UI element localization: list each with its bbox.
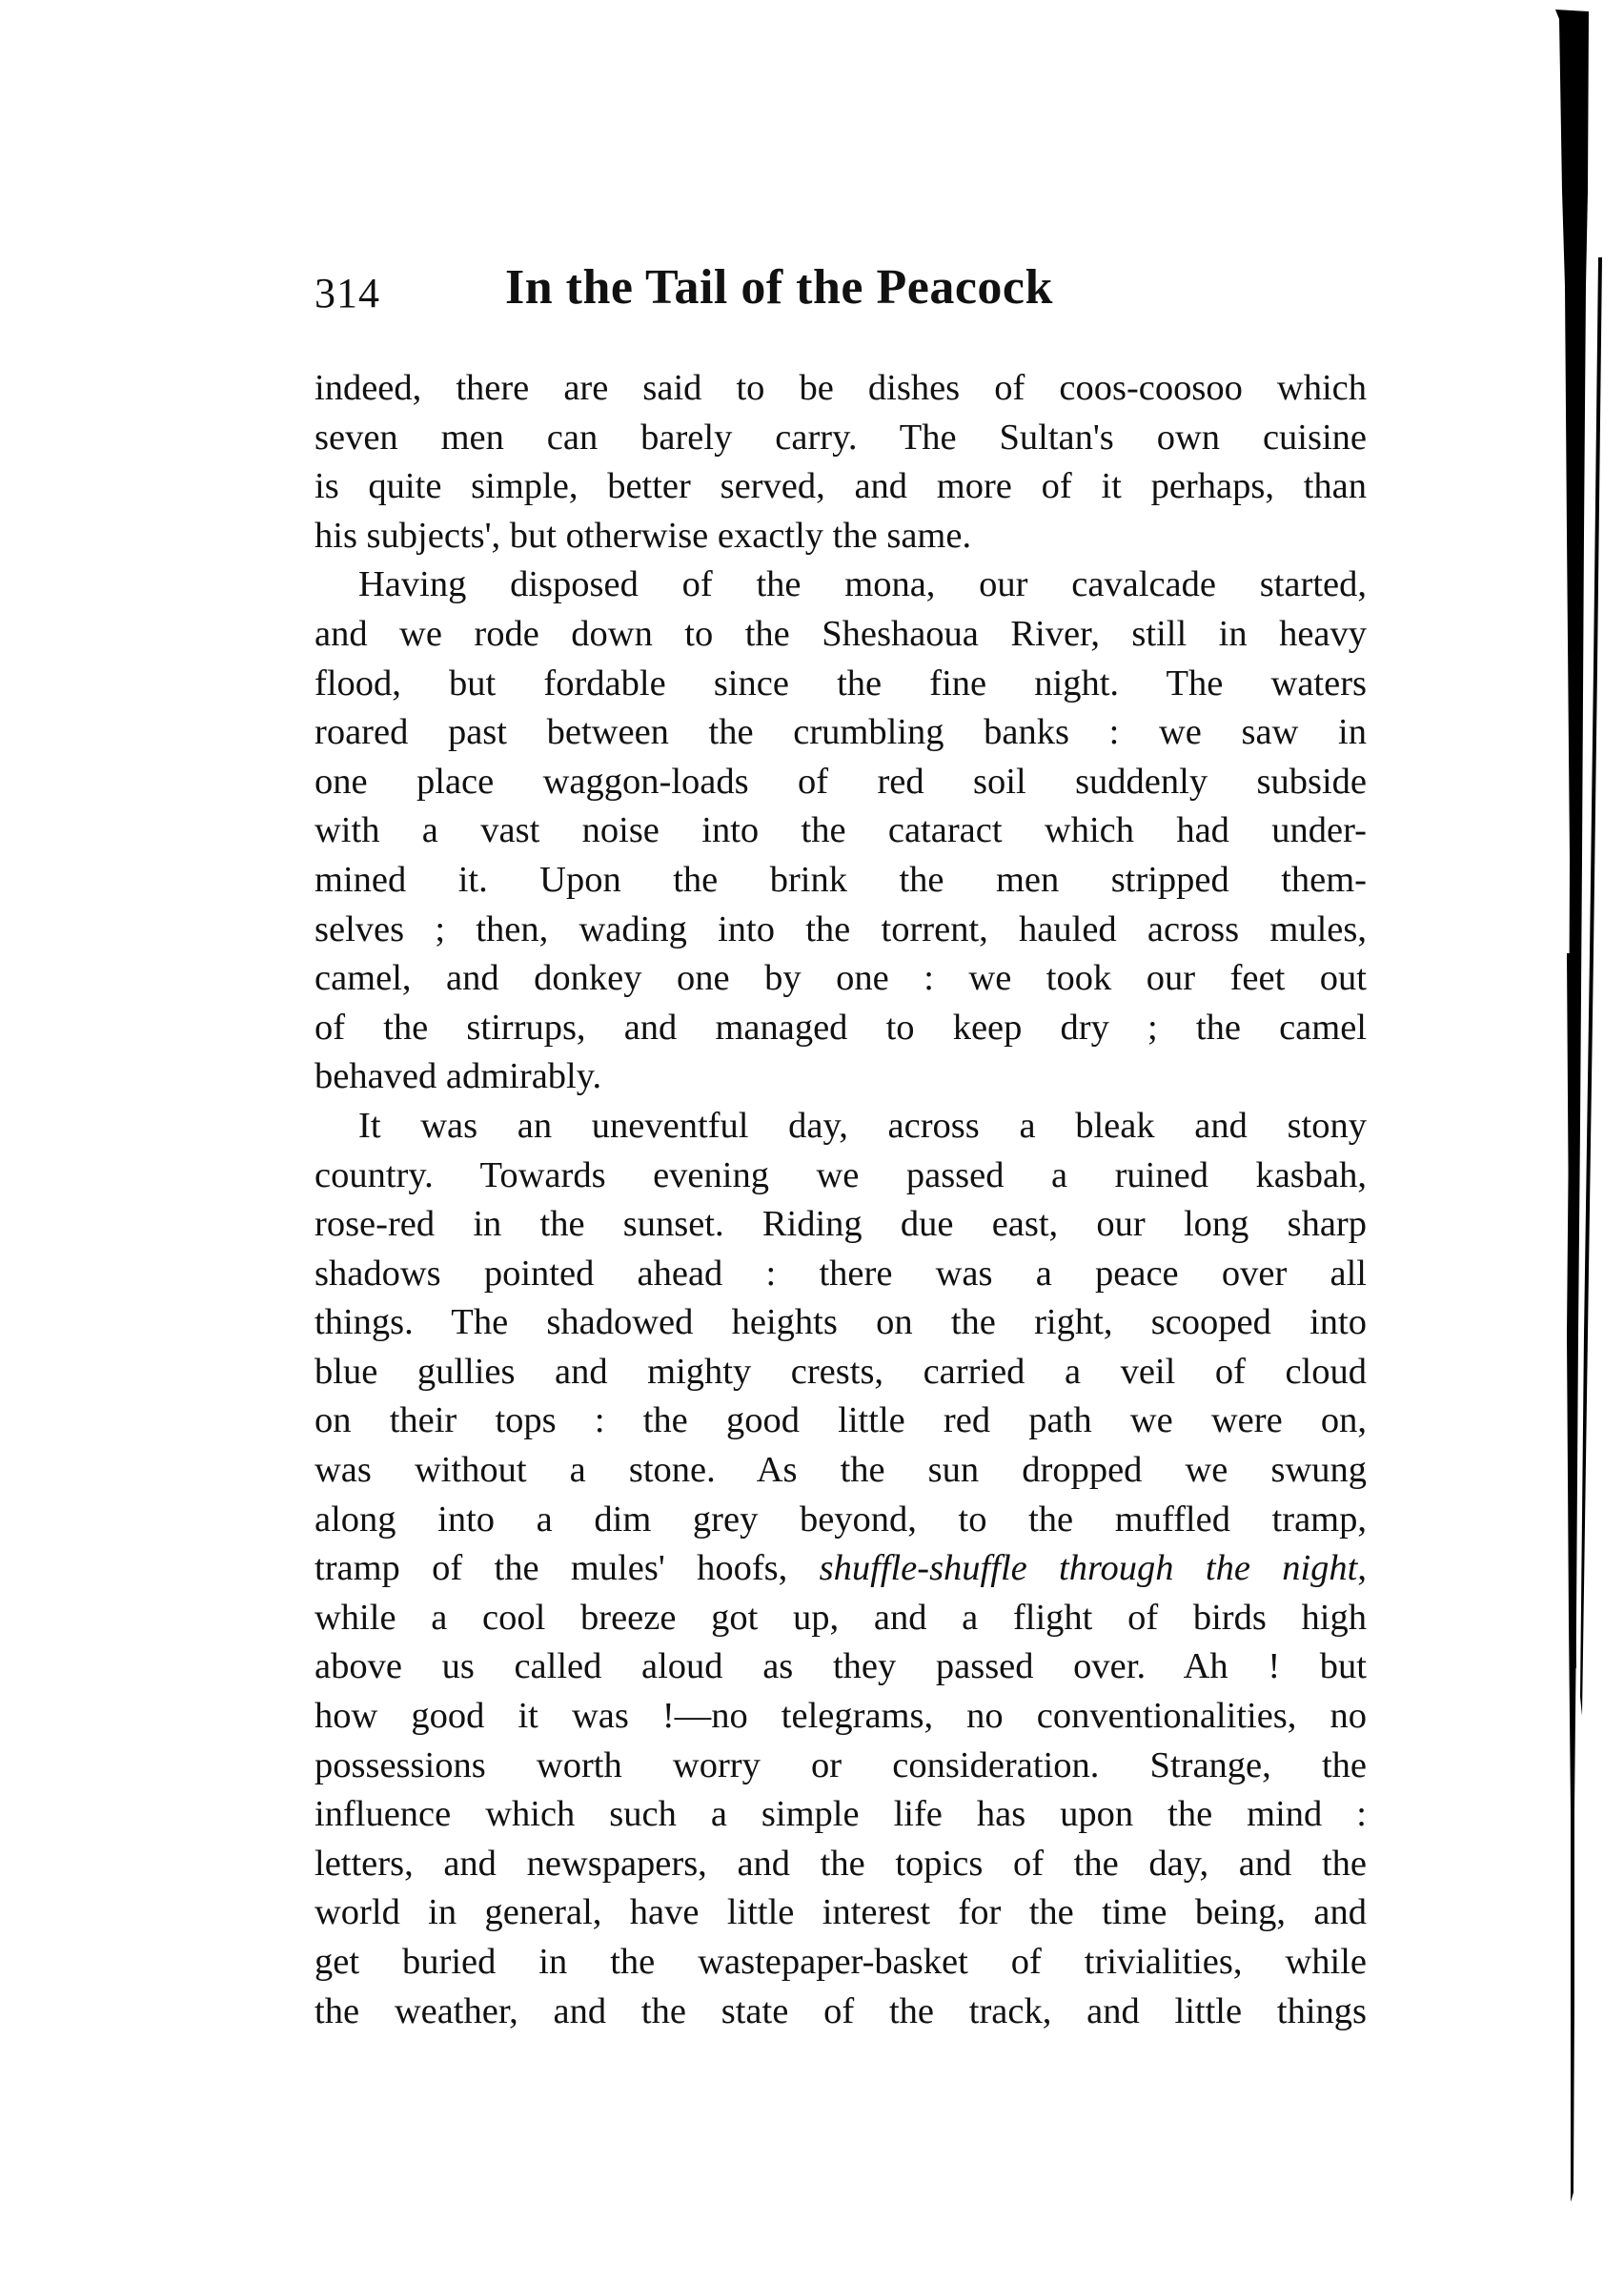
body-text: indeed, there are said to be dishes of c… <box>315 364 1367 2036</box>
text-line: selves ; then, wading into the torrent, … <box>315 906 1367 955</box>
book-page: 314 In the Tail of the Peacock indeed, t… <box>0 0 1624 2284</box>
text-line: behaved admirably. <box>315 1052 1367 1102</box>
text-line-with-italic: tramp of the mules' hoofs, shuffle-shuff… <box>315 1544 1367 1594</box>
text-line: shadows pointed ahead : there was a peac… <box>315 1250 1367 1299</box>
text-segment: tramp of the mules' hoofs, <box>315 1548 820 1588</box>
text-line: roared past between the crumbling banks … <box>315 708 1367 758</box>
text-line: world in general, have little interest f… <box>315 1888 1367 1938</box>
text-line: the weather, and the state of the track,… <box>315 1988 1367 2037</box>
running-head: 314 In the Tail of the Peacock <box>315 259 1372 326</box>
text-line: and we rode down to the Sheshaoua River,… <box>315 610 1367 660</box>
italic-phrase: shuffle-shuffle through the night <box>820 1548 1358 1588</box>
text-line: things. The shadowed heights on the righ… <box>315 1298 1367 1348</box>
text-line: of the stirrups, and managed to keep dry… <box>315 1004 1367 1053</box>
text-line: on their tops : the good little red path… <box>315 1397 1367 1446</box>
text-line: with a vast noise into the cataract whic… <box>315 806 1367 856</box>
text-line: one place waggon-loads of red soil sudde… <box>315 758 1367 807</box>
text-line: It was an uneventful day, across a bleak… <box>315 1102 1367 1152</box>
book-title: In the Tail of the Peacock <box>505 259 1053 316</box>
text-line: mined it. Upon the brink the men strippe… <box>315 856 1367 906</box>
text-line: Having disposed of the mona, our cavalca… <box>315 561 1367 610</box>
text-line: seven men can barely carry. The Sultan's… <box>315 414 1367 463</box>
text-line: blue gullies and mighty crests, carried … <box>315 1348 1367 1397</box>
text-line: along into a dim grey beyond, to the muf… <box>315 1496 1367 1545</box>
text-line: country. Towards evening we passed a rui… <box>315 1152 1367 1201</box>
text-line: above us called aloud as they passed ove… <box>315 1642 1367 1692</box>
text-line: how good it was !—no telegrams, no conve… <box>315 1692 1367 1742</box>
book-binding-edge <box>1481 0 1624 2284</box>
text-line: was without a stone. As the sun dropped … <box>315 1446 1367 1496</box>
text-line: indeed, there are said to be dishes of c… <box>315 364 1367 414</box>
text-line: rose-red in the sunset. Riding due east,… <box>315 1200 1367 1250</box>
text-line: influence which such a simple life has u… <box>315 1790 1367 1840</box>
text-line: letters, and newspapers, and the topics … <box>315 1840 1367 1889</box>
page-number: 314 <box>315 269 380 317</box>
text-segment: , <box>1357 1548 1367 1588</box>
text-line: while a cool breeze got up, and a flight… <box>315 1594 1367 1643</box>
text-line: flood, but fordable since the fine night… <box>315 660 1367 709</box>
text-line: possessions worth worry or consideration… <box>315 1742 1367 1791</box>
text-line: his subjects', but otherwise exactly the… <box>315 512 1367 561</box>
text-line: is quite simple, better served, and more… <box>315 462 1367 512</box>
text-line: get buried in the wastepaper-basket of t… <box>315 1938 1367 1988</box>
text-line: camel, and donkey one by one : we took o… <box>315 954 1367 1004</box>
